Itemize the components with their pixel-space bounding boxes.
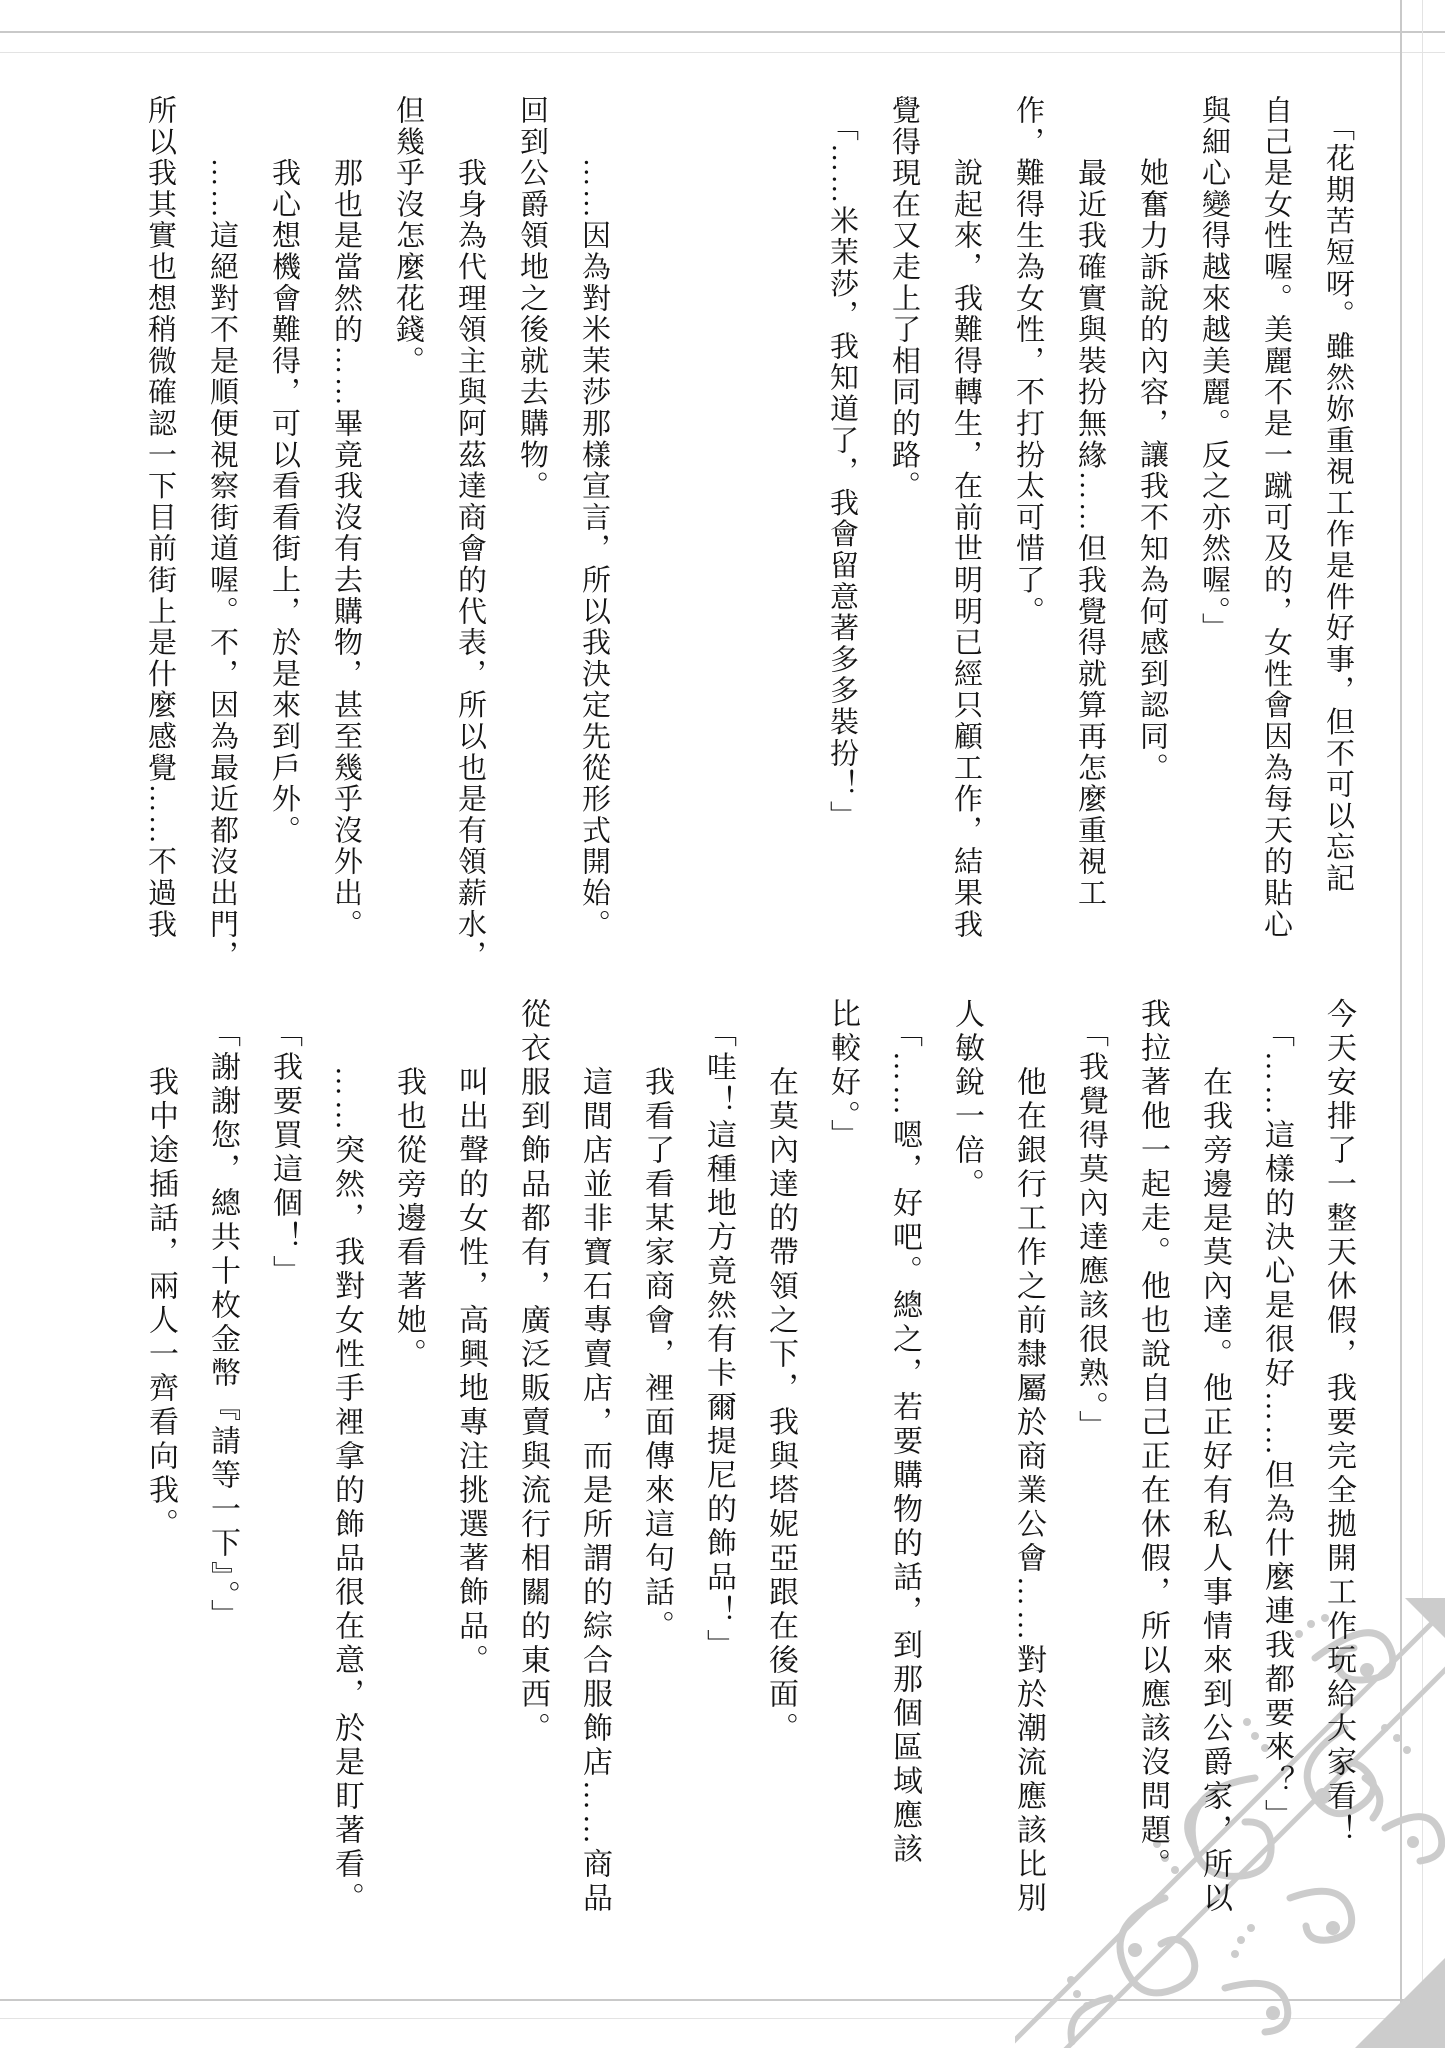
text-column: 今天安排了一整天休假，我要完全拋開工作玩給大家看！ [1307, 998, 1369, 1950]
blank-column [687, 95, 749, 977]
upper-text-band: 「花期苦短呀。雖然妳重視工作是件好事，但不可以忘記自己是女性喔。美麗不是一蹴可及… [129, 95, 1369, 977]
text-column: 但幾乎沒怎麼花錢。 [377, 95, 439, 977]
text-column: 我中途插話，兩人一齊看向我。 [129, 998, 191, 1950]
text-column: 這間店並非寶石專賣店，而是所謂的綜合服飾店……商品 [563, 998, 625, 1950]
text-column: 我身為代理領主與阿茲達商會的代表，所以也是有領薪水， [439, 95, 501, 977]
text-column: 她奮力訴說的內容，讓我不知為何感到認同。 [1121, 95, 1183, 977]
text-column: 我也從旁邊看著她。 [377, 998, 439, 1950]
text-column: 「……米茉莎，我知道了，我會留意著多多裝扮！」 [811, 95, 873, 977]
blank-column [625, 95, 687, 977]
page-frame-line-top [0, 31, 1445, 33]
lower-text-band: 今天安排了一整天休假，我要完全拋開工作玩給大家看！ 「……這樣的決心是很好……但… [129, 998, 1369, 1950]
text-column: 與細心變得越來越美麗。反之亦然喔。」 [1183, 95, 1245, 977]
text-column: 在莫內達的帶領之下，我與塔妮亞跟在後面。 [749, 998, 811, 1950]
text-column: 所以我其實也想稍微確認一下目前街上是什麼感覺……不過我 [129, 95, 191, 977]
blank-column [749, 95, 811, 977]
text-column: 回到公爵領地之後就去購物。 [501, 95, 563, 977]
text-column: 人敏銳一倍。 [935, 998, 997, 1950]
text-column: 我拉著他一起走。他也說自己正在休假，所以應該沒問題。 [1121, 998, 1183, 1950]
text-column: 「……這樣的決心是很好……但為什麼連我都要來？」 [1245, 998, 1307, 1950]
text-column: 「我要買這個！」 [253, 998, 315, 1950]
text-column: 「謝謝您，總共十枚金幣『請等一下』。」 [191, 998, 253, 1950]
text-column: 最近我確實與裝扮無緣……但我覺得就算再怎麼重視工 [1059, 95, 1121, 977]
text-column: 說起來，我難得轉生，在前世明明已經只顧工作，結果我 [935, 95, 997, 977]
text-column: 「我覺得莫內達應該很熟。」 [1059, 998, 1121, 1950]
text-column: 「花期苦短呀。雖然妳重視工作是件好事，但不可以忘記 [1307, 95, 1369, 977]
text-column: 我心想機會難得，可以看看街上，於是來到戶外。 [253, 95, 315, 977]
text-column: ……突然，我對女性手裡拿的飾品很在意，於是盯著看。 [315, 998, 377, 1950]
novel-page: { "page": { "background": "#ffffff", "te… [0, 0, 1445, 2048]
text-column: 「哇！這種地方竟然有卡爾提尼的飾品！」 [687, 998, 749, 1950]
text-column: 那也是當然的……畢竟我沒有去購物，甚至幾乎沒外出。 [315, 95, 377, 977]
text-column: 他在銀行工作之前隸屬於商業公會……對於潮流應該比別 [997, 998, 1059, 1950]
text-column: ……這絕對不是順便視察街道喔。不，因為最近都沒出門， [191, 95, 253, 977]
text-column: 在我旁邊是莫內達。他正好有私人事情來到公爵家，所以 [1183, 998, 1245, 1950]
text-column: 作，難得生為女性，不打扮太可惜了。 [997, 95, 1059, 977]
text-column: 從衣服到飾品都有，廣泛販賣與流行相關的東西。 [501, 998, 563, 1950]
text-column: 自己是女性喔。美麗不是一蹴可及的，女性會因為每天的貼心 [1245, 95, 1307, 977]
text-column: 叫出聲的女性，高興地專注挑選著飾品。 [439, 998, 501, 1950]
text-column: ……因為對米茉莎那樣宣言，所以我決定先從形式開始。 [563, 95, 625, 977]
text-column: 比較好。」 [811, 998, 873, 1950]
page-frame-line-top-light [0, 52, 1445, 53]
text-column: 覺得現在又走上了相同的路。 [873, 95, 935, 977]
text-column: 「……嗯，好吧。總之，若要購物的話，到那個區域應該 [873, 998, 935, 1950]
text-column: 我看了看某家商會，裡面傳來這句話。 [625, 998, 687, 1950]
